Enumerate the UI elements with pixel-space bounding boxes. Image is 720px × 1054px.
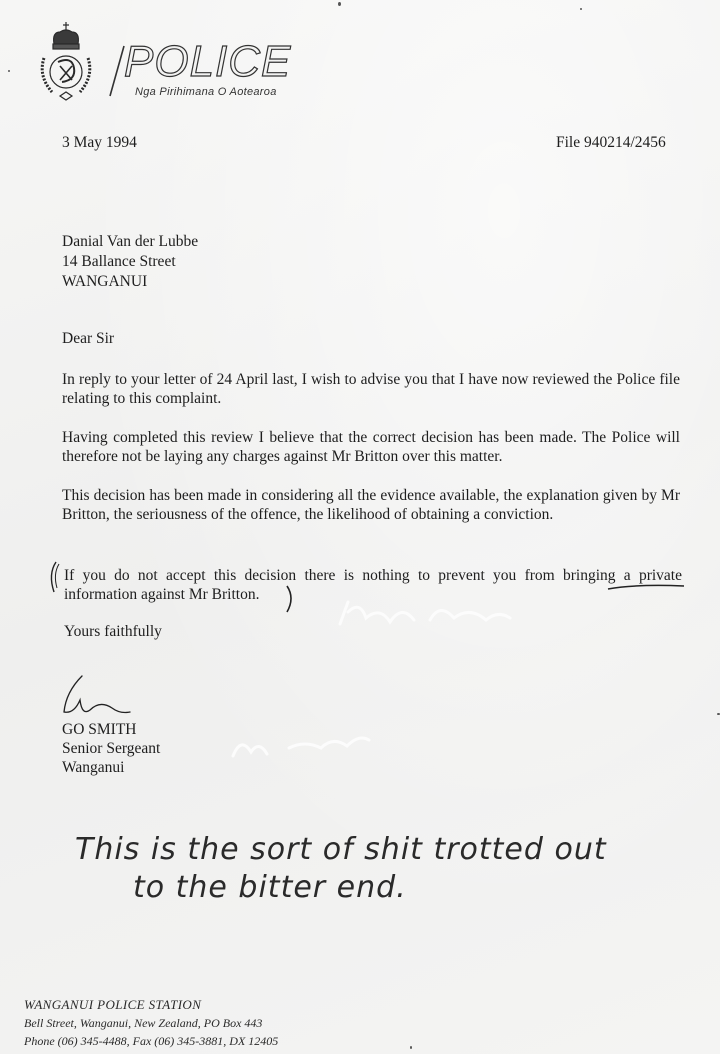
paragraph-4-text-b: information against Mr Britton.	[64, 586, 259, 603]
paragraph-1: In reply to your letter of 24 April last…	[62, 370, 680, 408]
police-tagline: Nga Pirihimana O Aotearoa	[135, 86, 277, 98]
station-footer: WANGANUI POLICE STATION Bell Street, Wan…	[24, 996, 278, 1050]
handwritten-open-bracket-icon	[46, 560, 62, 594]
whited-out-handwriting	[330, 592, 520, 632]
recipient-city: WANGANUI	[62, 272, 198, 292]
scan-speck	[580, 8, 582, 10]
underlined-word-private: private	[639, 567, 682, 584]
signatory-station: Wanganui	[62, 758, 160, 777]
signatory-name: GO SMITH	[62, 720, 160, 739]
signature-icon	[56, 670, 136, 720]
nz-police-crest-icon	[32, 20, 100, 102]
recipient-street: 14 Ballance Street	[62, 252, 198, 272]
handwritten-note: This is the sort of shit trotted out to …	[75, 825, 635, 915]
handwritten-underline-icon	[606, 583, 686, 591]
paragraph-2: Having completed this review I believe t…	[62, 428, 680, 466]
police-wordmark: POLICE	[124, 40, 291, 84]
closing: Yours faithfully	[64, 622, 162, 641]
scanned-letter-page: POLICE Nga Pirihimana O Aotearoa 3 May 1…	[0, 0, 720, 1054]
paragraph-4-text-a: If you do not accept this decision there…	[64, 567, 639, 584]
footer-station-name: WANGANUI POLICE STATION	[24, 996, 278, 1014]
paragraph-3: This decision has been made in consideri…	[62, 486, 680, 524]
letter-date: 3 May 1994	[62, 133, 137, 152]
handwritten-close-bracket-icon	[283, 584, 297, 614]
scan-speck	[338, 2, 341, 6]
signatory-block: GO SMITH Senior Sergeant Wanganui	[62, 720, 160, 777]
footer-contact: Phone (06) 345-4488, Fax (06) 345-3881, …	[24, 1032, 278, 1050]
signatory-rank: Senior Sergeant	[62, 739, 160, 758]
scan-speck	[8, 70, 10, 72]
recipient-name: Danial Van der Lubbe	[62, 232, 198, 252]
handwritten-note-line-2: to the bitter end.	[133, 870, 407, 905]
recipient-address: Danial Van der Lubbe 14 Ballance Street …	[62, 232, 198, 292]
whited-out-handwriting	[225, 726, 375, 762]
file-reference: File 940214/2456	[556, 133, 666, 152]
handwritten-note-line-1: This is the sort of shit trotted out	[75, 832, 607, 867]
scan-speck	[410, 1046, 412, 1049]
footer-address: Bell Street, Wanganui, New Zealand, PO B…	[24, 1014, 278, 1032]
salutation: Dear Sir	[62, 329, 114, 348]
